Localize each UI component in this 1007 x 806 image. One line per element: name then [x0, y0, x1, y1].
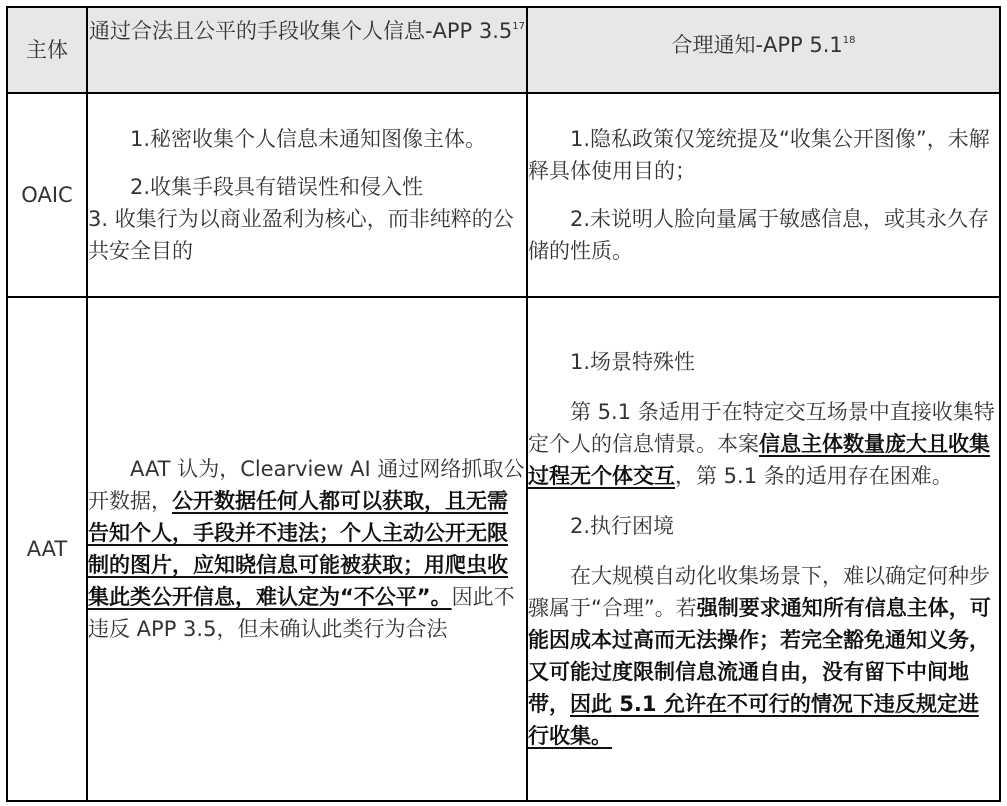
aat-5-1-p1-tail: ，第 5.1 条的适用存在困难。 [675, 464, 953, 488]
header-app-3-5-label: 通过合法且公平的手段收集个人信息-APP 3.5 [89, 19, 512, 43]
aat-5-1-paragraph-2: 在大规模自动化收集场景下，难以确定何种步骤属于“合理”。若强制要求通知所有信息主… [528, 560, 999, 752]
header-subject-label: 主体 [26, 38, 68, 62]
aat-app-5-1-cell: 1.场景特殊性 第 5.1 条适用于在特定交互场景中直接收集特定个人的信息情景。… [527, 297, 1000, 801]
header-row: 主体 通过合法且公平的手段收集个人信息-APP 3.517 合理通知-APP 5… [7, 7, 1000, 93]
subject-oaic: OAIC [7, 93, 87, 297]
header-subject: 主体 [7, 7, 87, 93]
comparison-table: 主体 通过合法且公平的手段收集个人信息-APP 3.517 合理通知-APP 5… [6, 6, 1001, 802]
subject-aat: AAT [7, 297, 87, 801]
aat-app-3-5-cell: AAT 认为，Clearview AI 通过网络抓取公开数据，公开数据任何人都可… [87, 297, 527, 801]
table-row-aat: AAT AAT 认为，Clearview AI 通过网络抓取公开数据，公开数据任… [7, 297, 1000, 801]
oaic-5-1-point-1: 1.隐私政策仅笼统提及“收集公开图像”，未解释具体使用目的； [528, 123, 999, 187]
oaic-3-5-point-3: 3. 收集行为以商业盈利为核心，而非纯粹的公共安全目的 [88, 203, 526, 267]
oaic-3-5-point-1: 1.秘密收集个人信息未通知图像主体。 [88, 123, 526, 155]
aat-3-5-paragraph: AAT 认为，Clearview AI 通过网络抓取公开数据，公开数据任何人都可… [88, 453, 526, 645]
aat-5-1-heading-2: 2.执行困境 [528, 510, 999, 542]
footnote-18: 18 [843, 35, 856, 46]
oaic-app-5-1-cell: 1.隐私政策仅笼统提及“收集公开图像”，未解释具体使用目的； 2.未说明人脸向量… [527, 93, 1000, 297]
aat-5-1-p2-conclusion: 因此 5.1 允许在不可行的情况下违反规定进行收集。 [528, 692, 979, 748]
header-app-5-1: 合理通知-APP 5.118 [527, 7, 1000, 93]
aat-5-1-paragraph-1: 第 5.1 条适用于在特定交互场景中直接收集特定个人的信息情景。本案信息主体数量… [528, 396, 999, 492]
oaic-app-3-5-cell: 1.秘密收集个人信息未通知图像主体。 2.收集手段具有错误性和侵入性 3. 收集… [87, 93, 527, 297]
oaic-5-1-point-2: 2.未说明人脸向量属于敏感信息，或其永久存储的性质。 [528, 203, 999, 267]
aat-5-1-heading-1: 1.场景特殊性 [528, 346, 999, 378]
subject-oaic-label: OAIC [21, 183, 72, 207]
subject-aat-label: AAT [27, 537, 68, 561]
table-row-oaic: OAIC 1.秘密收集个人信息未通知图像主体。 2.收集手段具有错误性和侵入性 … [7, 93, 1000, 297]
oaic-3-5-point-2: 2.收集手段具有错误性和侵入性 [88, 171, 526, 203]
header-app-5-1-label: 合理通知-APP 5.1 [671, 33, 842, 57]
footnote-17: 17 [512, 21, 525, 32]
header-app-3-5: 通过合法且公平的手段收集个人信息-APP 3.517 [87, 7, 527, 93]
